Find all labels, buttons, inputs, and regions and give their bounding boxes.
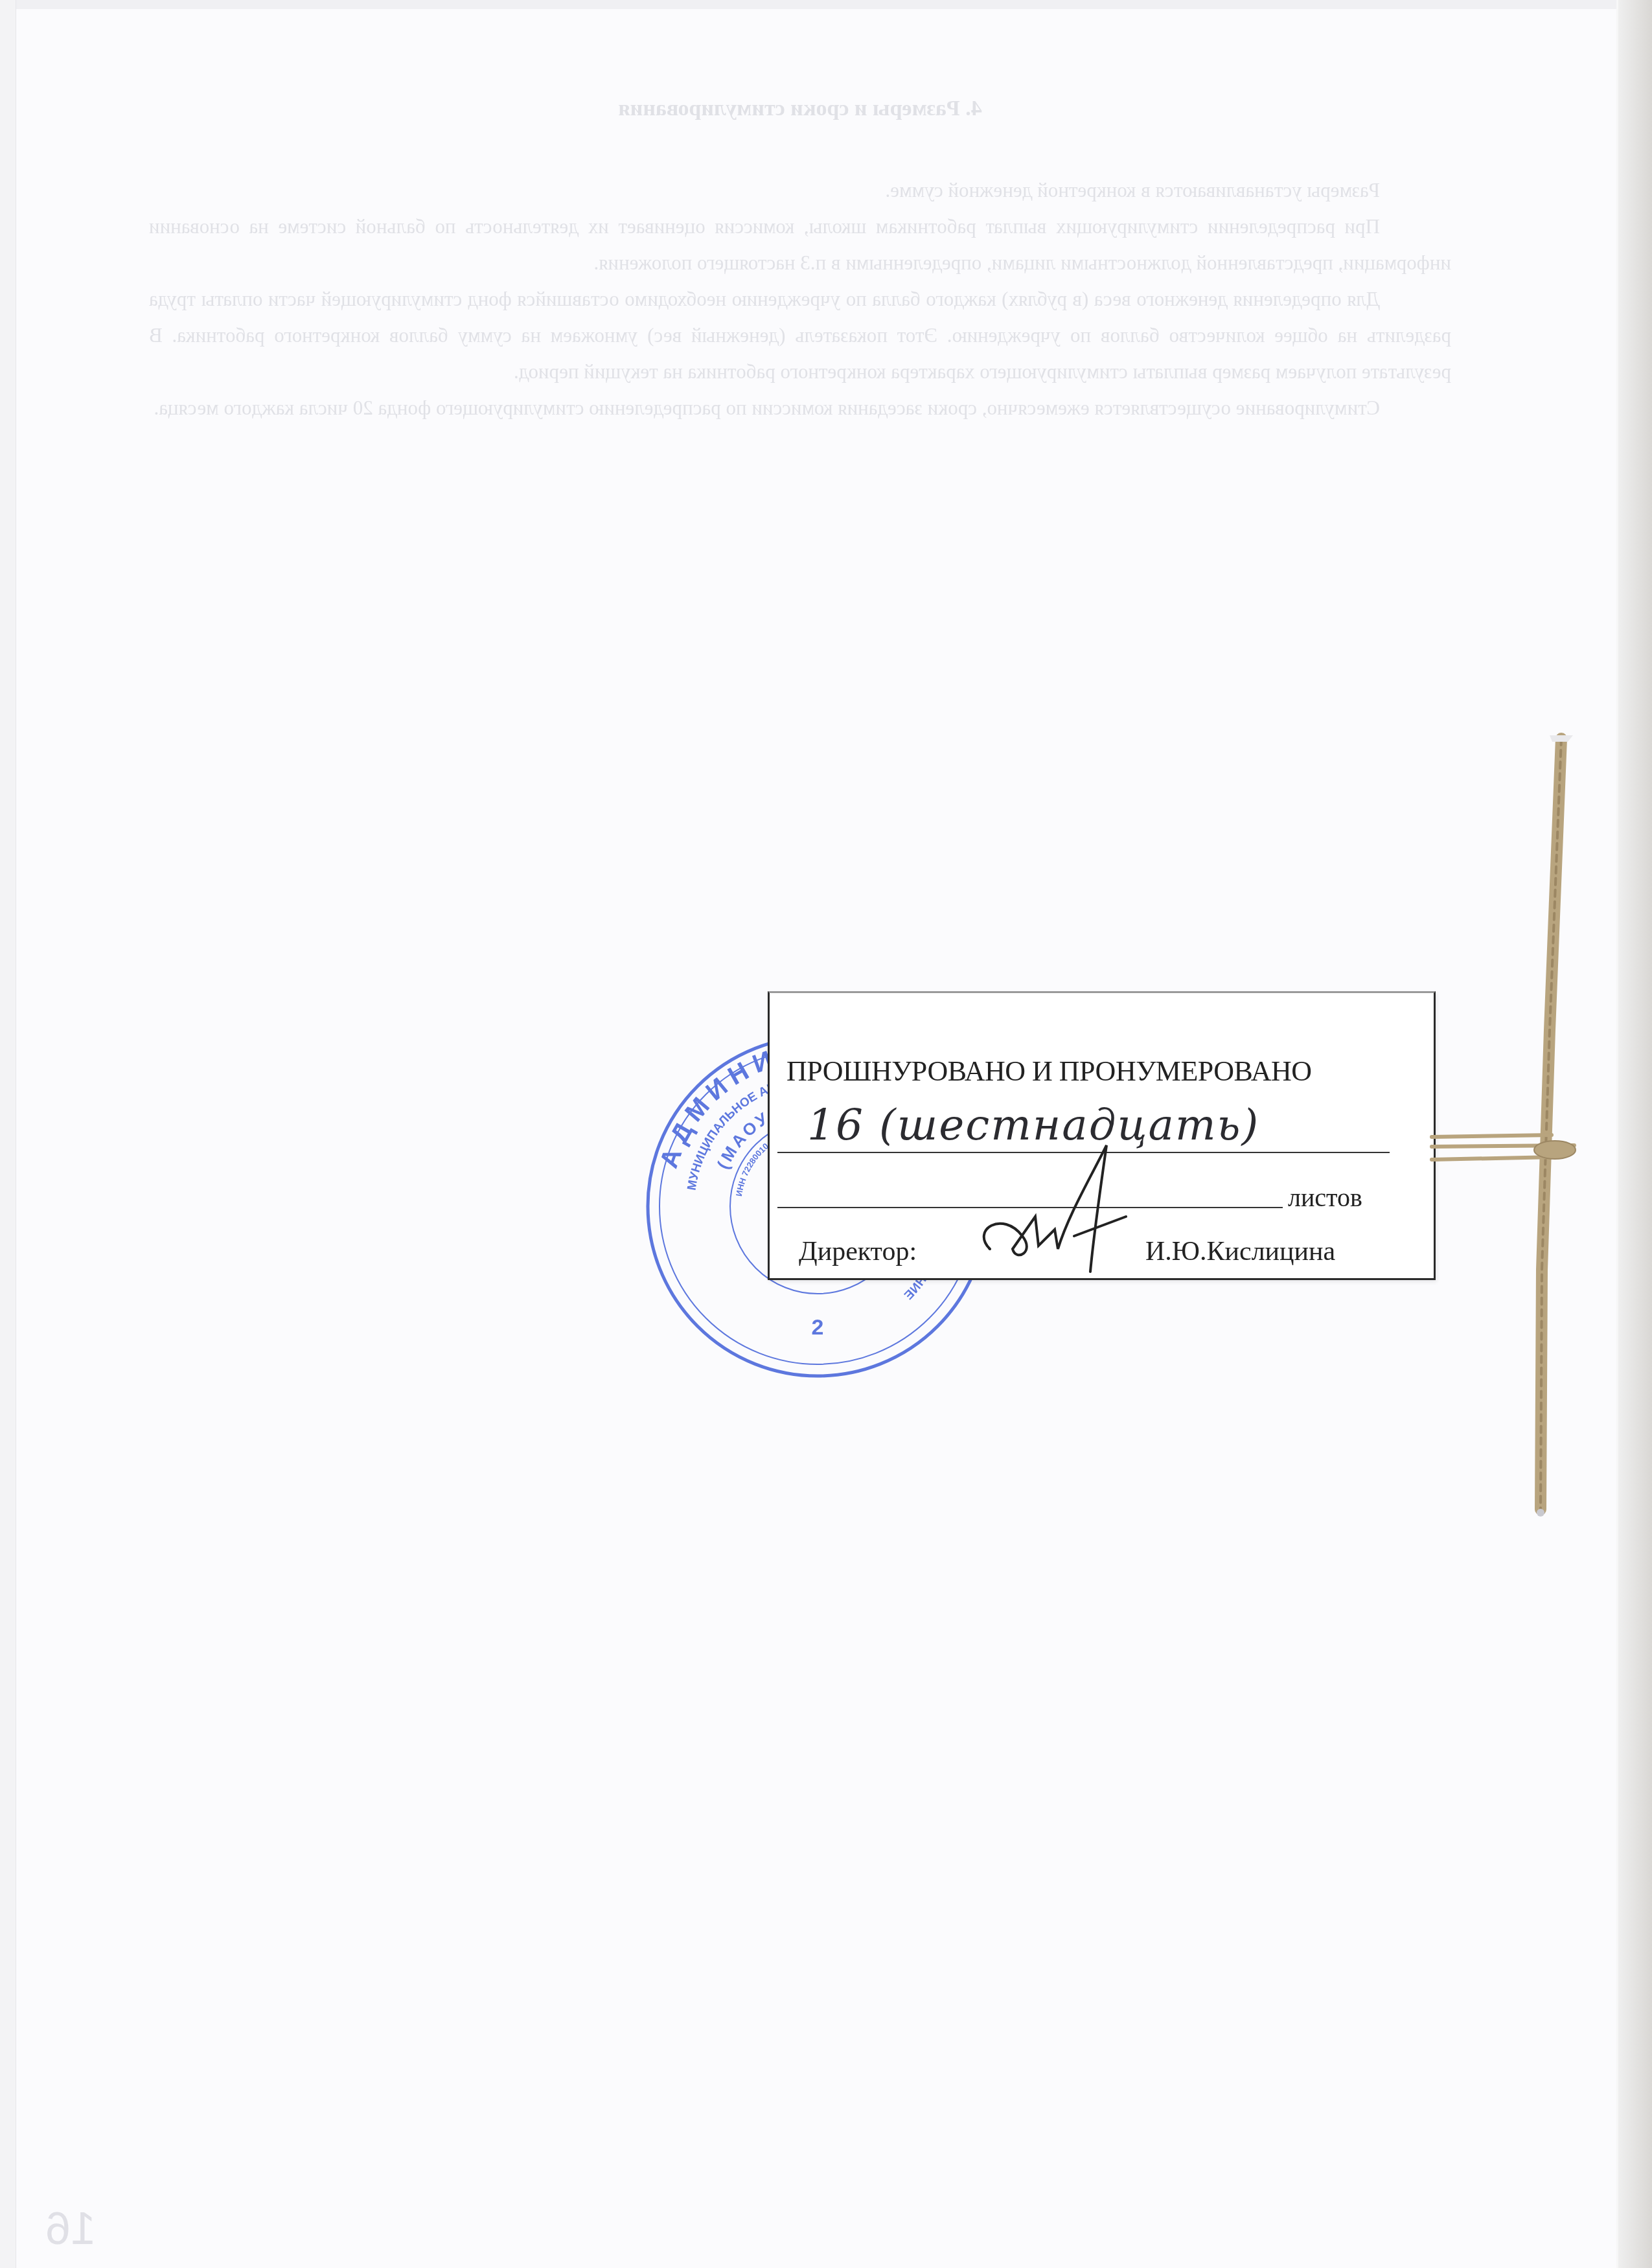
label-title: ПРОШНУРОВАНО И ПРОНУМЕРОВАНО	[786, 1055, 1312, 1088]
bleed-page-number: 16	[45, 2203, 96, 2254]
page-right-edge	[1616, 0, 1652, 2268]
svg-text:2: 2	[812, 1315, 824, 1340]
director-label: Директор:	[799, 1236, 917, 1267]
sheets-word: листов	[1288, 1182, 1362, 1213]
signature-icon	[977, 1139, 1145, 1275]
bleed-paragraph: Размеры устанавливаются в конкретной ден…	[149, 172, 1451, 209]
bleed-paragraph: При распределении стимулирующих выплат р…	[149, 209, 1451, 281]
binding-certification-label: ПРОШНУРОВАНО И ПРОНУМЕРОВАНО 16 (шестнад…	[768, 991, 1436, 1280]
bleed-paragraph: Стимулирование осуществляется ежемесячно…	[149, 390, 1451, 426]
page-top-edge	[0, 0, 1652, 9]
bleed-heading: 4. Размеры и сроки стимулирования	[149, 91, 1451, 127]
director-name: И.Ю.Кислицина	[1145, 1236, 1335, 1267]
bleed-through-text: 4. Размеры и сроки стимулирования Размер…	[149, 91, 1451, 426]
page-left-edge	[0, 0, 16, 2268]
bleed-paragraph: Для определения денежного веса (в рублях…	[149, 281, 1451, 390]
